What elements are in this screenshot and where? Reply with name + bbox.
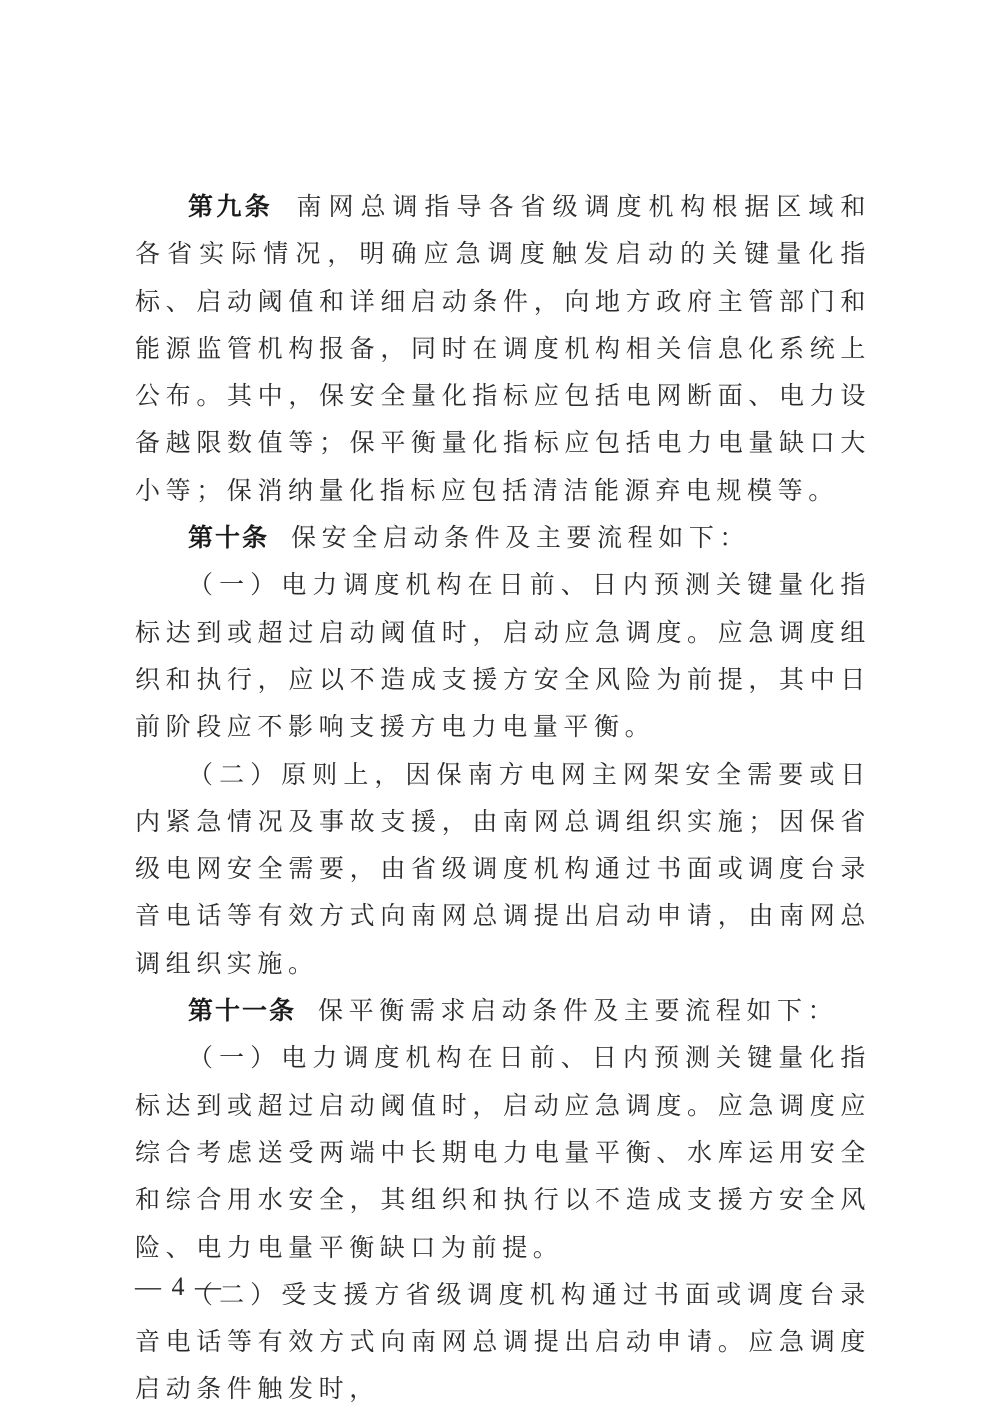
article-heading: 第九条 — [188, 192, 273, 221]
article-text: 保安全启动条件及主要流程如下： — [291, 523, 750, 552]
page-number: — 4 — — [135, 1272, 223, 1302]
clause-paragraph: （一）电力调度机构在日前、日内预测关键量化指标达到或超过启动阈值时，启动应急调度… — [135, 1034, 871, 1270]
clause-paragraph: （一）电力调度机构在日前、日内预测关键量化指标达到或超过启动阈值时，启动应急调度… — [135, 561, 871, 750]
document-body: 第九条南网总调指导各省级调度机构根据区域和各省实际情况，明确应急调度触发启动的关… — [135, 183, 871, 1413]
clause-paragraph: （二）受支援方省级调度机构通过书面或调度台录音电话等有效方式向南网总调提出启动申… — [135, 1271, 871, 1413]
document-page: 第九条南网总调指导各省级调度机构根据区域和各省实际情况，明确应急调度触发启动的关… — [0, 0, 1000, 1414]
article-9: 第九条南网总调指导各省级调度机构根据区域和各省实际情况，明确应急调度触发启动的关… — [135, 183, 871, 514]
article-heading: 第十条 — [188, 523, 269, 552]
article-11: 第十一条保平衡需求启动条件及主要流程如下： — [135, 987, 871, 1034]
article-10: 第十条保安全启动条件及主要流程如下： — [135, 514, 871, 561]
clause-paragraph: （二）原则上，因保南方电网主网架安全需要或日内紧急情况及事故支援，由南网总调组织… — [135, 751, 871, 987]
article-text: 南网总调指导各省级调度机构根据区域和各省实际情况，明确应急调度触发启动的关键量化… — [135, 192, 871, 505]
article-heading: 第十一条 — [188, 996, 296, 1025]
article-text: 保平衡需求启动条件及主要流程如下： — [318, 996, 838, 1025]
